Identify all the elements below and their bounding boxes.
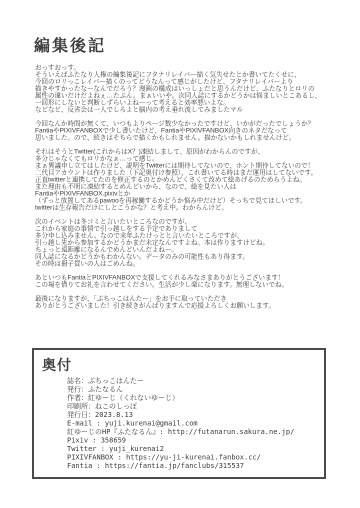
colophon-title: 奥付 bbox=[42, 355, 324, 375]
text-line: この場を借りてお礼を言わせてください。生活が少し楽になります。無理しないでね。 bbox=[35, 281, 360, 288]
colophon-line: 誌名：ぷちっこはんたー bbox=[67, 377, 357, 386]
text-line: その時は冊子買いの人はごめんね。 bbox=[35, 260, 360, 267]
text-line: 思いました。ので、続きはそちらで描くかもしれません。描かないかもしれませんけど。 bbox=[35, 134, 360, 141]
afterword-paragraph: あといつもFantiaとPIXIVFANBOXで支援してくれるみなさまありがとう… bbox=[35, 274, 360, 288]
afterword-paragraph: 今回なんか時間が無くて、いつもよりページ数少なかったですけど、いかがだったでしょ… bbox=[35, 120, 360, 141]
colophon-lines: 誌名：ぷちっこはんたー発行：ふたなるん作者：紅ゆーじ（くれないゆーじ）印刷所：ね… bbox=[67, 377, 357, 471]
colophon-line: E-mail : yuji.kurenai@gmail.com bbox=[67, 420, 357, 429]
colophon-line: 発行：ふたなるん bbox=[67, 386, 357, 395]
colophon-line: Twitter : yuji_kurenai2 bbox=[67, 445, 357, 454]
afterword-title: 編集後記 bbox=[34, 33, 106, 56]
afterword-body: おっすおっす。そういえばふたなり人権の編集後記にフタナリレイバー描く気失せたとか… bbox=[35, 64, 360, 316]
afterword-paragraph: おっすおっす。そういえばふたなり人権の編集後記にフタナリレイバー描く気失せたとか… bbox=[35, 64, 360, 113]
page: 編集後記 おっすおっす。そういえばふたなり人権の編集後記にフタナリレイバー描く気… bbox=[0, 0, 360, 508]
colophon-line: 発行日：2023.8.13 bbox=[67, 411, 357, 420]
colophon-line: Pixiv : 358659 bbox=[67, 437, 357, 446]
colophon-box: 奥付 誌名：ぷちっこはんたー発行：ふたなるん作者：紅ゆーじ（くれないゆーじ）印刷… bbox=[32, 348, 326, 479]
afterword-paragraph: 最後になりますが、「ぷちっこはんたー」をお手に取っていただきありがとうございまし… bbox=[35, 295, 360, 309]
afterword-paragraph: それはそうとTwitter(これからはX？)凍結しまして、原因がわからんのですが… bbox=[35, 148, 360, 211]
text-line: などなど、反省会は一人でしろよと脳内の考え垂れ流してみましたマル bbox=[35, 106, 360, 113]
colophon-line: 作者：紅ゆーじ（くれないゆーじ） bbox=[67, 394, 357, 403]
colophon-line: PIXIVFANBOX : https://yu-ji-kurenai.fanb… bbox=[67, 454, 357, 463]
afterword-paragraph: 次のイベントは冬コミと言いたいところなのですが、これから家庭の事情で引っ越しをす… bbox=[35, 218, 360, 267]
text-line: ありがとうございました！引き続きがんばりますんで応援よろしくお願いします。 bbox=[35, 302, 360, 309]
colophon-line: Fantia : https://fantia.jp/fanclubs/3155… bbox=[67, 462, 357, 471]
colophon-line: 紅ゆーじのHP『ふたなるん』: http://futanarun.sakura.… bbox=[67, 428, 357, 437]
colophon-line: 印刷所：ねこのしっぽ bbox=[67, 403, 357, 412]
text-line: twitterは生存報告だけにしとこうかな？と考え中。わからんけど。 bbox=[35, 204, 360, 211]
